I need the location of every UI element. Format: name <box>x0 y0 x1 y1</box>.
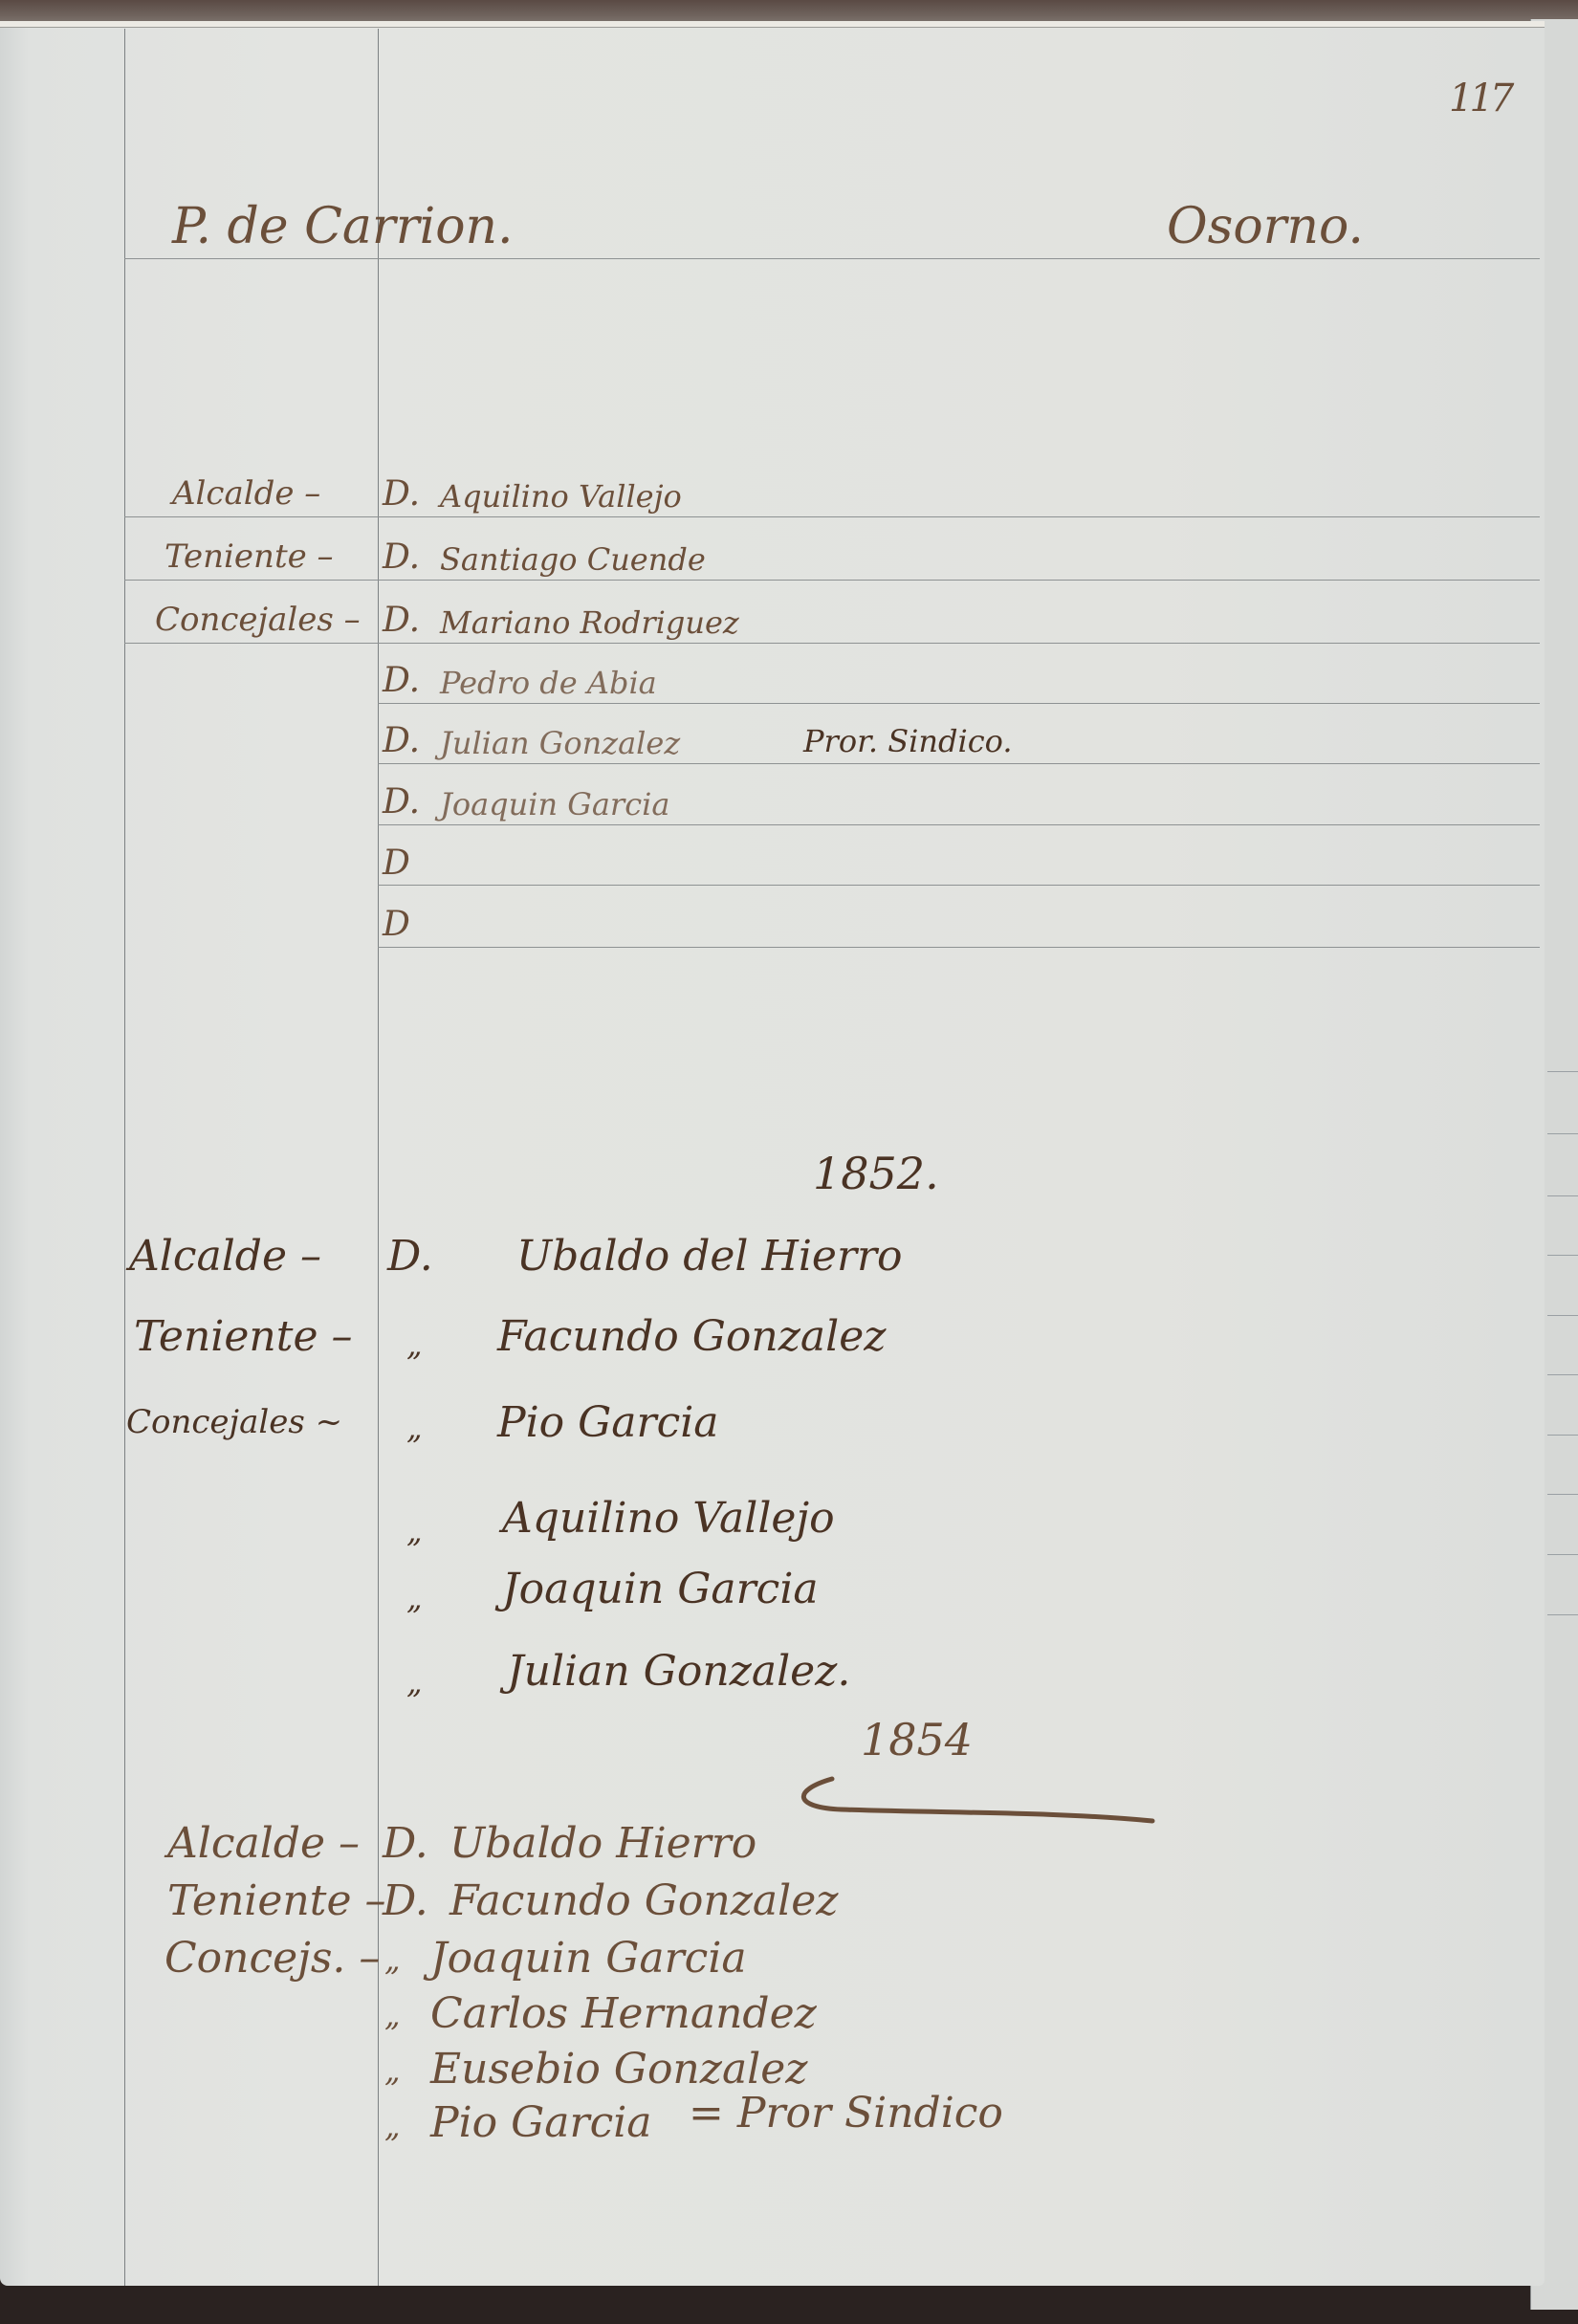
row-label: Concejs. – <box>164 1934 380 1983</box>
row-prefix: D. <box>383 661 420 700</box>
underlying-rule <box>1547 1494 1578 1495</box>
row-name: Mariano Rodriguez <box>440 604 739 641</box>
row-note: Pror. Sindico. <box>803 723 1013 759</box>
row-prefix: D. <box>383 1819 428 1868</box>
ruled-line <box>124 580 1540 581</box>
row-prefix: D. <box>383 537 420 577</box>
row-name: Joaquin Garcia <box>440 786 669 822</box>
underlying-rule <box>1547 1133 1578 1134</box>
ledger-page: 117 P. de Carrion. Osorno. Alcalde – D. … <box>0 21 1545 2286</box>
ruled-line <box>378 885 1540 886</box>
underlying-rule <box>1547 1554 1578 1555</box>
ruled-line <box>378 824 1540 825</box>
heading-left: P. de Carrion. <box>172 198 514 255</box>
row-note: = Pror Sindico <box>689 2089 1003 2138</box>
row-name: Aquilino Vallejo <box>440 478 682 515</box>
ruled-line <box>124 516 1540 517</box>
underlying-rule <box>1547 1195 1578 1196</box>
ruled-line <box>378 703 1540 704</box>
row-name: Pedro de Abia <box>440 665 657 701</box>
underlying-rule <box>1547 1614 1578 1615</box>
row-name: Julian Gonzalez. <box>507 1647 850 1696</box>
row-prefix: „ <box>406 1410 423 1446</box>
row-name: Eusebio Gonzalez <box>430 2045 807 2094</box>
row-label: Teniente – <box>134 1312 352 1361</box>
row-name: Joaquin Garcia <box>430 1934 747 1983</box>
row-name: Joaquin Garcia <box>502 1565 819 1613</box>
row-label: Teniente – <box>164 537 334 576</box>
heading-right: Osorno. <box>1167 198 1364 255</box>
underlying-rule <box>1547 1315 1578 1316</box>
row-name: Santiago Cuende <box>440 541 706 578</box>
row-prefix: „ <box>384 2108 401 2144</box>
row-name: Julian Gonzalez <box>440 725 680 761</box>
row-prefix: „ <box>384 1997 401 2033</box>
row-prefix: D. <box>387 1232 433 1281</box>
row-label: Alcalde – <box>167 1819 360 1868</box>
row-name: Facundo Gonzalez <box>497 1312 886 1361</box>
row-prefix: „ <box>406 1513 423 1549</box>
row-label: Teniente – <box>167 1876 385 1925</box>
row-label: Concejales – <box>155 601 361 639</box>
year-heading: 1854 <box>861 1714 973 1765</box>
ruled-line <box>124 643 1540 644</box>
row-prefix: „ <box>384 2052 401 2089</box>
page-top-edge <box>0 21 1545 28</box>
row-prefix: D. <box>383 721 420 760</box>
row-prefix: „ <box>406 1580 423 1616</box>
heading-rule <box>124 258 1540 259</box>
row-prefix: D <box>383 905 410 944</box>
row-label: Alcalde – <box>129 1232 321 1281</box>
row-prefix: D. <box>383 474 420 514</box>
underlying-rule <box>1547 1071 1578 1072</box>
row-label: Concejales ~ <box>126 1403 342 1441</box>
ruled-line <box>378 947 1540 948</box>
row-name: Ubaldo Hierro <box>449 1819 756 1868</box>
row-name: Aquilino Vallejo <box>502 1494 835 1543</box>
row-prefix: „ <box>406 1664 423 1700</box>
page-number: 117 <box>1449 77 1510 121</box>
row-name: Pio Garcia <box>497 1398 719 1447</box>
row-label: Alcalde – <box>172 474 320 513</box>
row-prefix: D. <box>383 782 420 822</box>
row-prefix: D. <box>383 601 420 640</box>
row-name: Pio Garcia <box>430 2098 652 2147</box>
year-heading: 1852. <box>813 1148 939 1199</box>
row-prefix: D. <box>383 1876 428 1925</box>
ruled-line <box>378 763 1540 764</box>
row-prefix: „ <box>406 1326 423 1363</box>
flourish-underline <box>784 1771 1157 1824</box>
row-name: Facundo Gonzalez <box>449 1876 838 1925</box>
row-name: Carlos Hernandez <box>430 1989 817 2038</box>
row-prefix: „ <box>384 1941 401 1978</box>
margin-line-outer <box>124 29 125 2286</box>
row-name: Ubaldo del Hierro <box>516 1232 903 1281</box>
row-prefix: D <box>383 844 410 883</box>
underlying-rule <box>1547 1255 1578 1256</box>
underlying-rule <box>1547 1374 1578 1375</box>
underlying-rule <box>1547 1435 1578 1436</box>
